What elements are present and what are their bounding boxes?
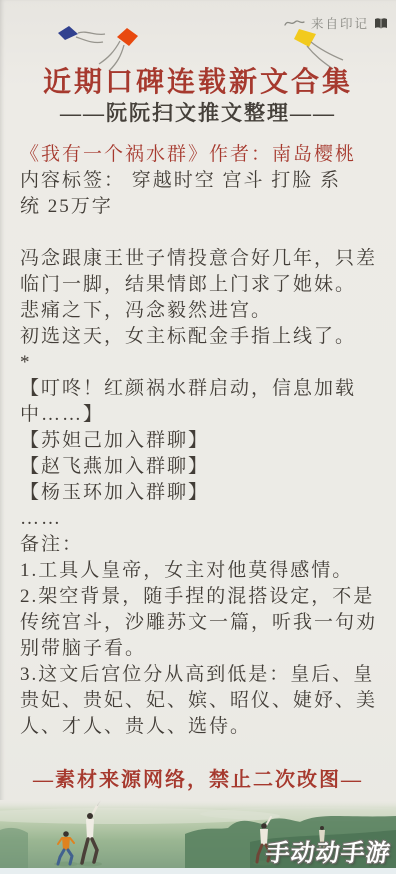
body-line: 统 25万字	[20, 194, 384, 220]
body-text: 《我有一个祸水群》作者：南岛樱桃 内容标签： 穿越时空 宫斗 打脸 系 统 25…	[20, 142, 384, 740]
body-line: 【杨玉环加入群聊】	[20, 480, 384, 506]
body-line: 悲痛之下，冯念毅然进宫。	[20, 298, 384, 324]
body-line: 传统宫斗，沙雕苏文一篇，听我一句劝	[20, 610, 384, 636]
body-line: 别带脑子看。	[20, 636, 384, 662]
body-line: 中……】	[20, 402, 384, 428]
body-line: ……	[20, 506, 384, 532]
footer-notice: —素材来源网络，禁止二次改图—	[0, 763, 396, 792]
body-line: 冯念跟康王世子情投意合好几年，只差	[20, 246, 384, 272]
body-line: 初选这天，女主标配金手指上线了。	[20, 324, 384, 350]
book-title-line: 《我有一个祸水群》作者：南岛樱桃	[20, 142, 384, 168]
body-line: 内容标签： 穿越时空 宫斗 打脸 系	[20, 168, 384, 194]
body-line: *	[20, 350, 384, 376]
page-title: 近期口碑连载新文合集	[0, 60, 396, 100]
body-line-blank	[20, 220, 384, 246]
body-line: 2.架空背景，随手捏的混搭设定，不是	[20, 584, 384, 610]
page-subtitle: ——阮阮扫文推文整理——	[0, 97, 396, 127]
body-line: 1.工具人皇帝，女主对他莫得感情。	[20, 558, 384, 584]
body-line: 贵妃、贵妃、妃、嫔、昭仪、婕妤、美	[20, 688, 384, 714]
body-line: 【赵飞燕加入群聊】	[20, 454, 384, 480]
body-line: 【苏妲己加入群聊】	[20, 428, 384, 454]
game-watermark: 手动动手游	[264, 833, 393, 868]
body-line: 临门一脚，结果情郎上门求了她妹。	[20, 272, 384, 298]
body-line: 人、才人、贵人、选侍。	[20, 714, 384, 740]
post-image: 来自印记 近期口碑连载新文合集 ——阮阮扫文推文整理—— 《我有一个祸水群》作者…	[0, 0, 396, 874]
book-icon	[374, 17, 388, 30]
body-line: 备注：	[20, 532, 384, 558]
body-line: 【叮咚！红颜祸水群启动，信息加载	[20, 376, 384, 402]
body-line: 3.这文后宫位分从高到低是：皇后、皇	[20, 662, 384, 688]
